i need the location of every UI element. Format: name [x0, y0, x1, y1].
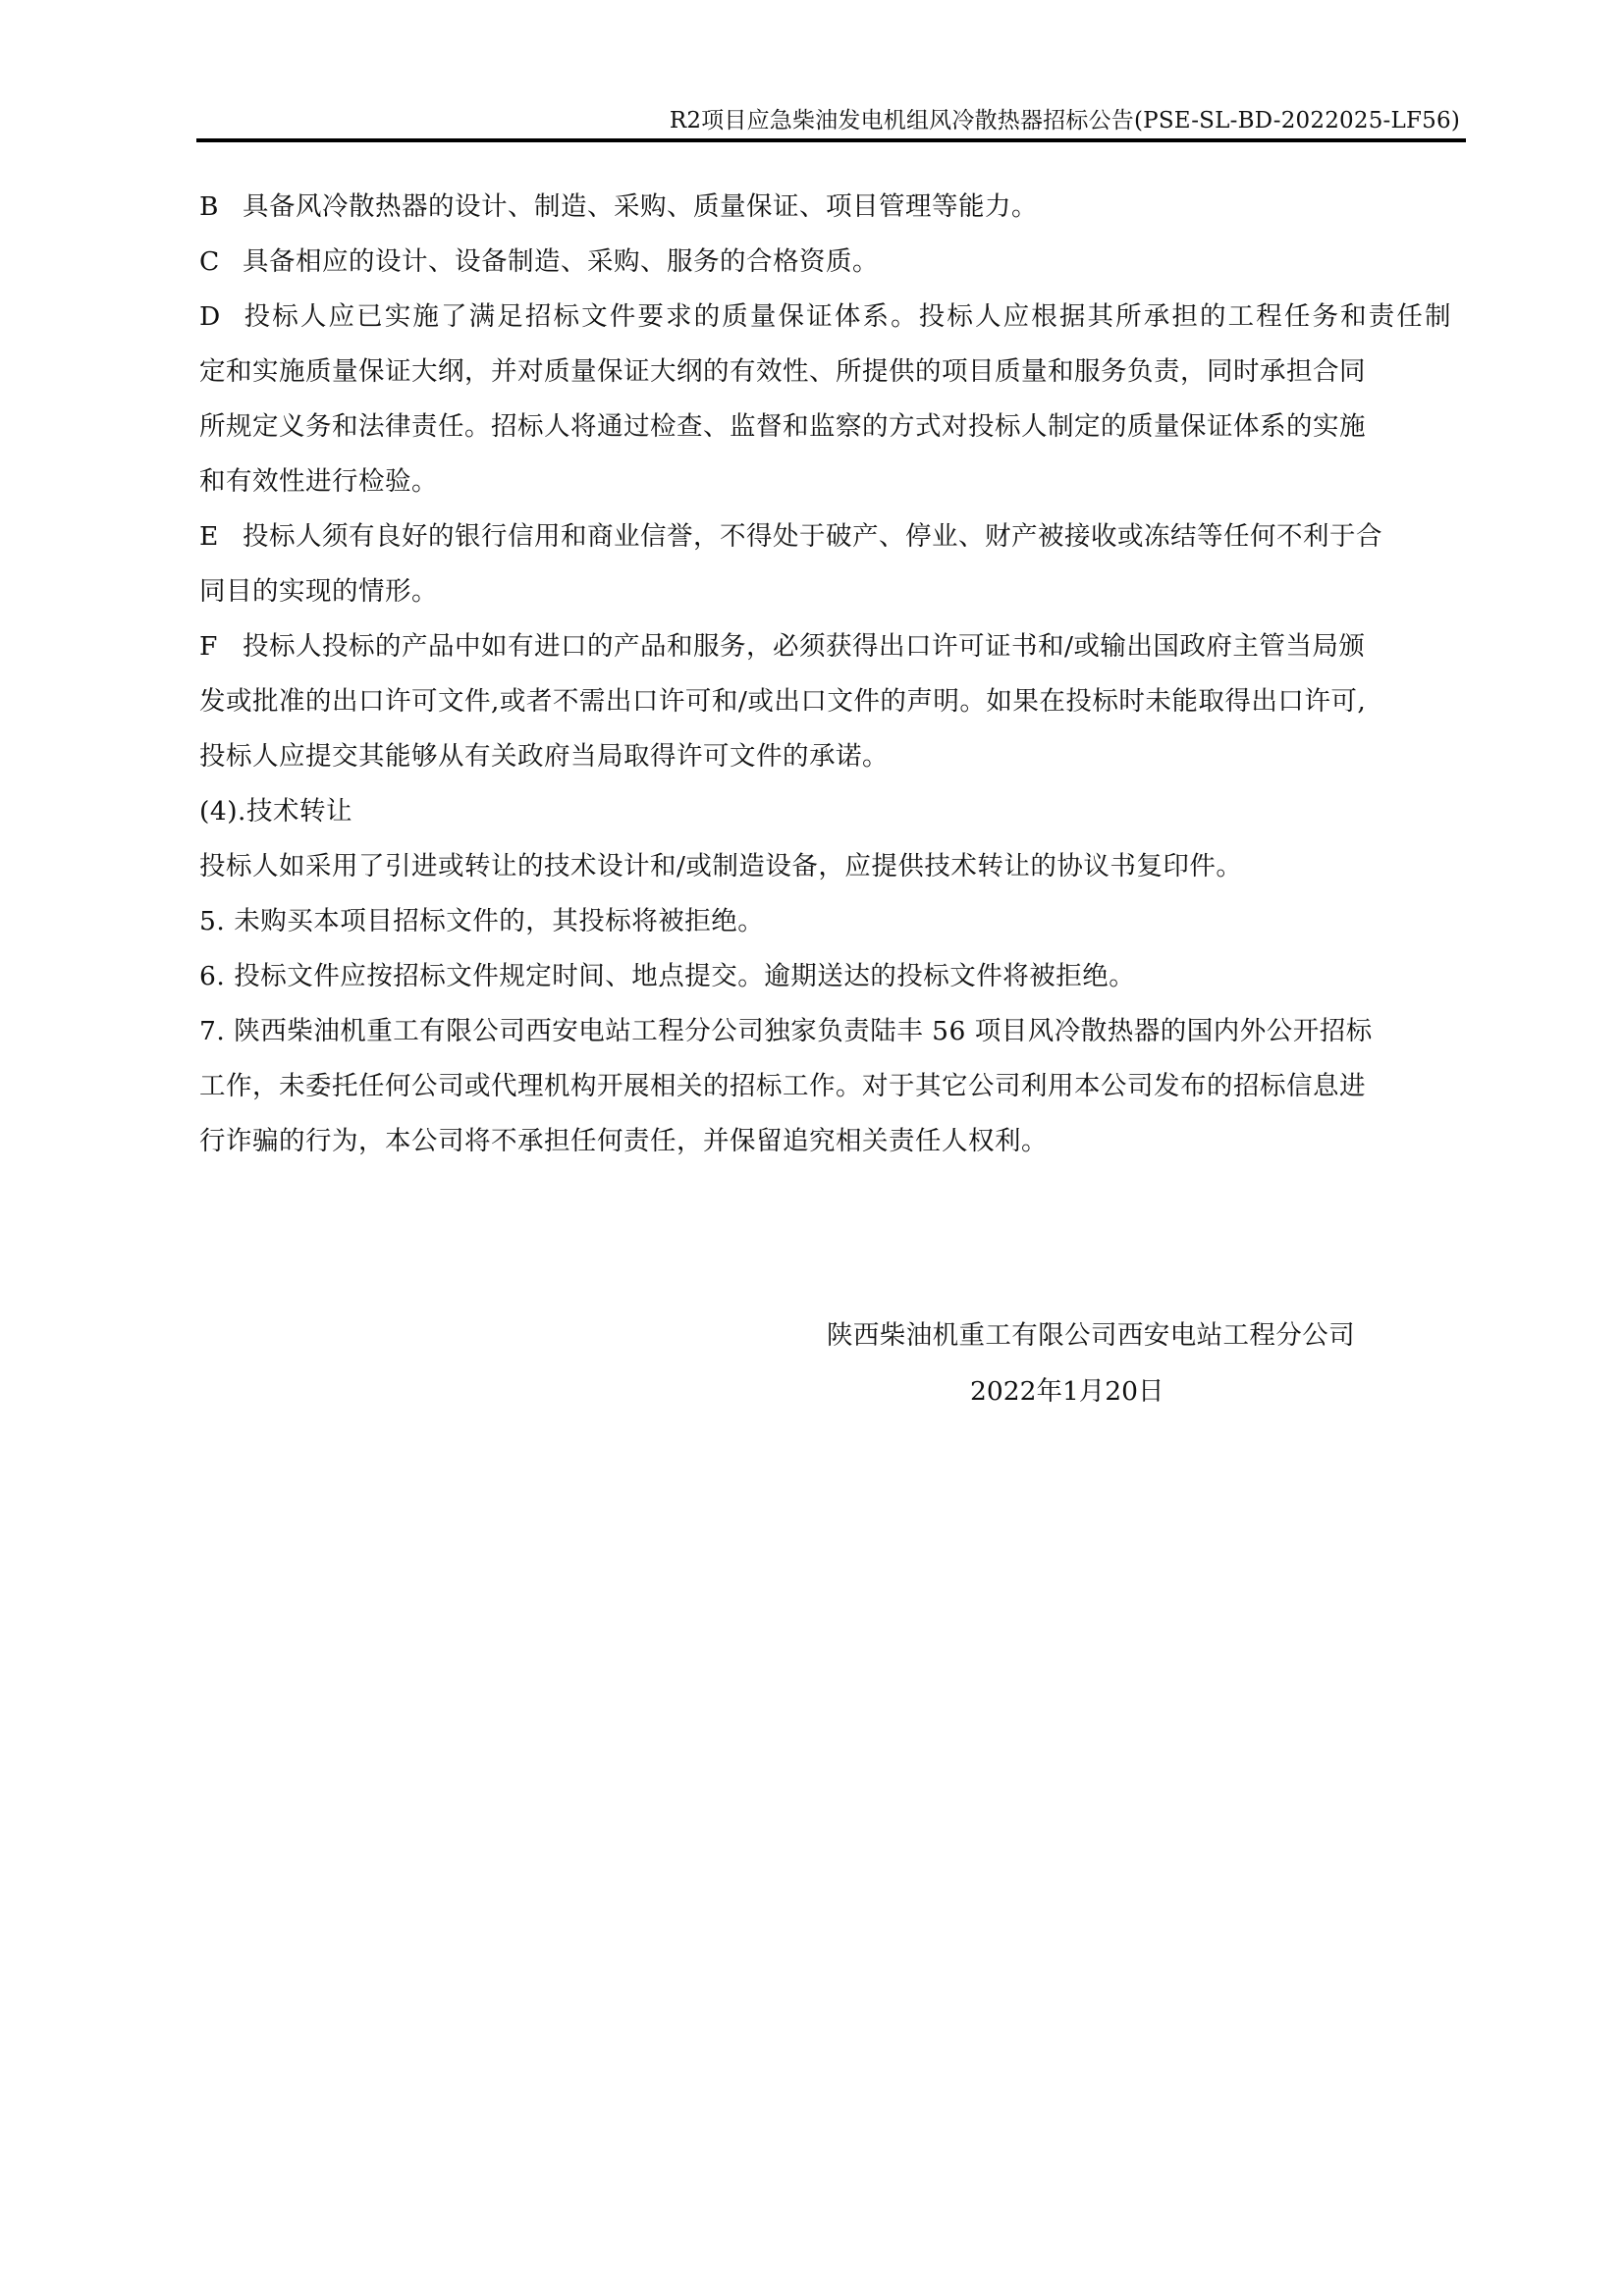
document-title: R2项目应急柴油发电机组风冷散热器招标公告(PSE-SL-BD-2022025-…	[196, 106, 1466, 135]
paragraph-f-line-1: F投标人投标的产品中如有进口的产品和服务，必须获得出口许可证书和/或输出国政府主…	[199, 629, 1451, 684]
document-body: B具备风冷散热器的设计、制造、采购、质量保证、项目管理等能力。 C具备相应的设计…	[199, 189, 1451, 1179]
page-header: R2项目应急柴油发电机组风冷散热器招标公告(PSE-SL-BD-2022025-…	[196, 106, 1466, 142]
item-label: D	[199, 299, 243, 335]
paragraph-e-line-2: 同目的实现的情形。	[199, 574, 1451, 629]
paragraph-e-line-1: E投标人须有良好的银行信用和商业信誉，不得处于破产、停业、财产被接收或冻结等任何…	[199, 519, 1451, 574]
item-label: F	[199, 629, 243, 665]
item-label: E	[199, 519, 243, 555]
paragraph-d-line-4: 和有效性进行检验。	[199, 464, 1451, 519]
paragraph-c-line-1: C具备相应的设计、设备制造、采购、服务的合格资质。	[199, 244, 1451, 299]
tech-transfer-text: 投标人如采用了引进或转让的技术设计和/或制造设备，应提供技术转让的协议书复印件。	[199, 849, 1451, 904]
paragraph-d-line-2: 定和实施质量保证大纲，并对质量保证大纲的有效性、所提供的项目质量和服务负责，同时…	[199, 354, 1451, 409]
item-7-line-3: 行诈骗的行为，本公司将不承担任何责任，并保留追究相关责任人权利。	[199, 1124, 1451, 1179]
paragraph-d-line-1: D投标人应已实施了满足招标文件要求的质量保证体系。投标人应根据其所承担的工程任务…	[199, 299, 1451, 354]
header-rule	[196, 138, 1466, 142]
item-label: B	[199, 189, 243, 225]
item-label: 7.	[199, 1016, 225, 1046]
item-label: 5.	[199, 906, 225, 936]
signature-date: 2022年1月20日	[970, 1369, 1624, 1408]
section-heading-tech-transfer: (4).技术转让	[199, 794, 1451, 849]
signature-company: 陕西柴油机重工有限公司西安电站工程分公司	[827, 1313, 1624, 1352]
item-7-line-1: 7. 陕西柴油机重工有限公司西安电站工程分公司独家负责陆丰 56 项目风冷散热器…	[199, 1014, 1451, 1069]
paragraph-f-line-2: 发或批准的出口许可文件,或者不需出口许可和/或出口文件的声明。如果在投标时未能取…	[199, 684, 1451, 739]
item-6: 6. 投标文件应按招标文件规定时间、地点提交。逾期送达的投标文件将被拒绝。	[199, 959, 1451, 1014]
paragraph-b-line-1: B具备风冷散热器的设计、制造、采购、质量保证、项目管理等能力。	[199, 189, 1451, 244]
item-5: 5. 未购买本项目招标文件的，其投标将被拒绝。	[199, 904, 1451, 959]
item-7-line-2: 工作，未委托任何公司或代理机构开展相关的招标工作。对于其它公司利用本公司发布的招…	[199, 1069, 1451, 1124]
paragraph-d-line-3: 所规定义务和法律责任。招标人将通过检查、监督和监察的方式对投标人制定的质量保证体…	[199, 409, 1451, 464]
item-label: 6.	[199, 961, 225, 991]
paragraph-f-line-3: 投标人应提交其能够从有关政府当局取得许可文件的承诺。	[199, 739, 1451, 794]
item-label: C	[199, 244, 243, 280]
